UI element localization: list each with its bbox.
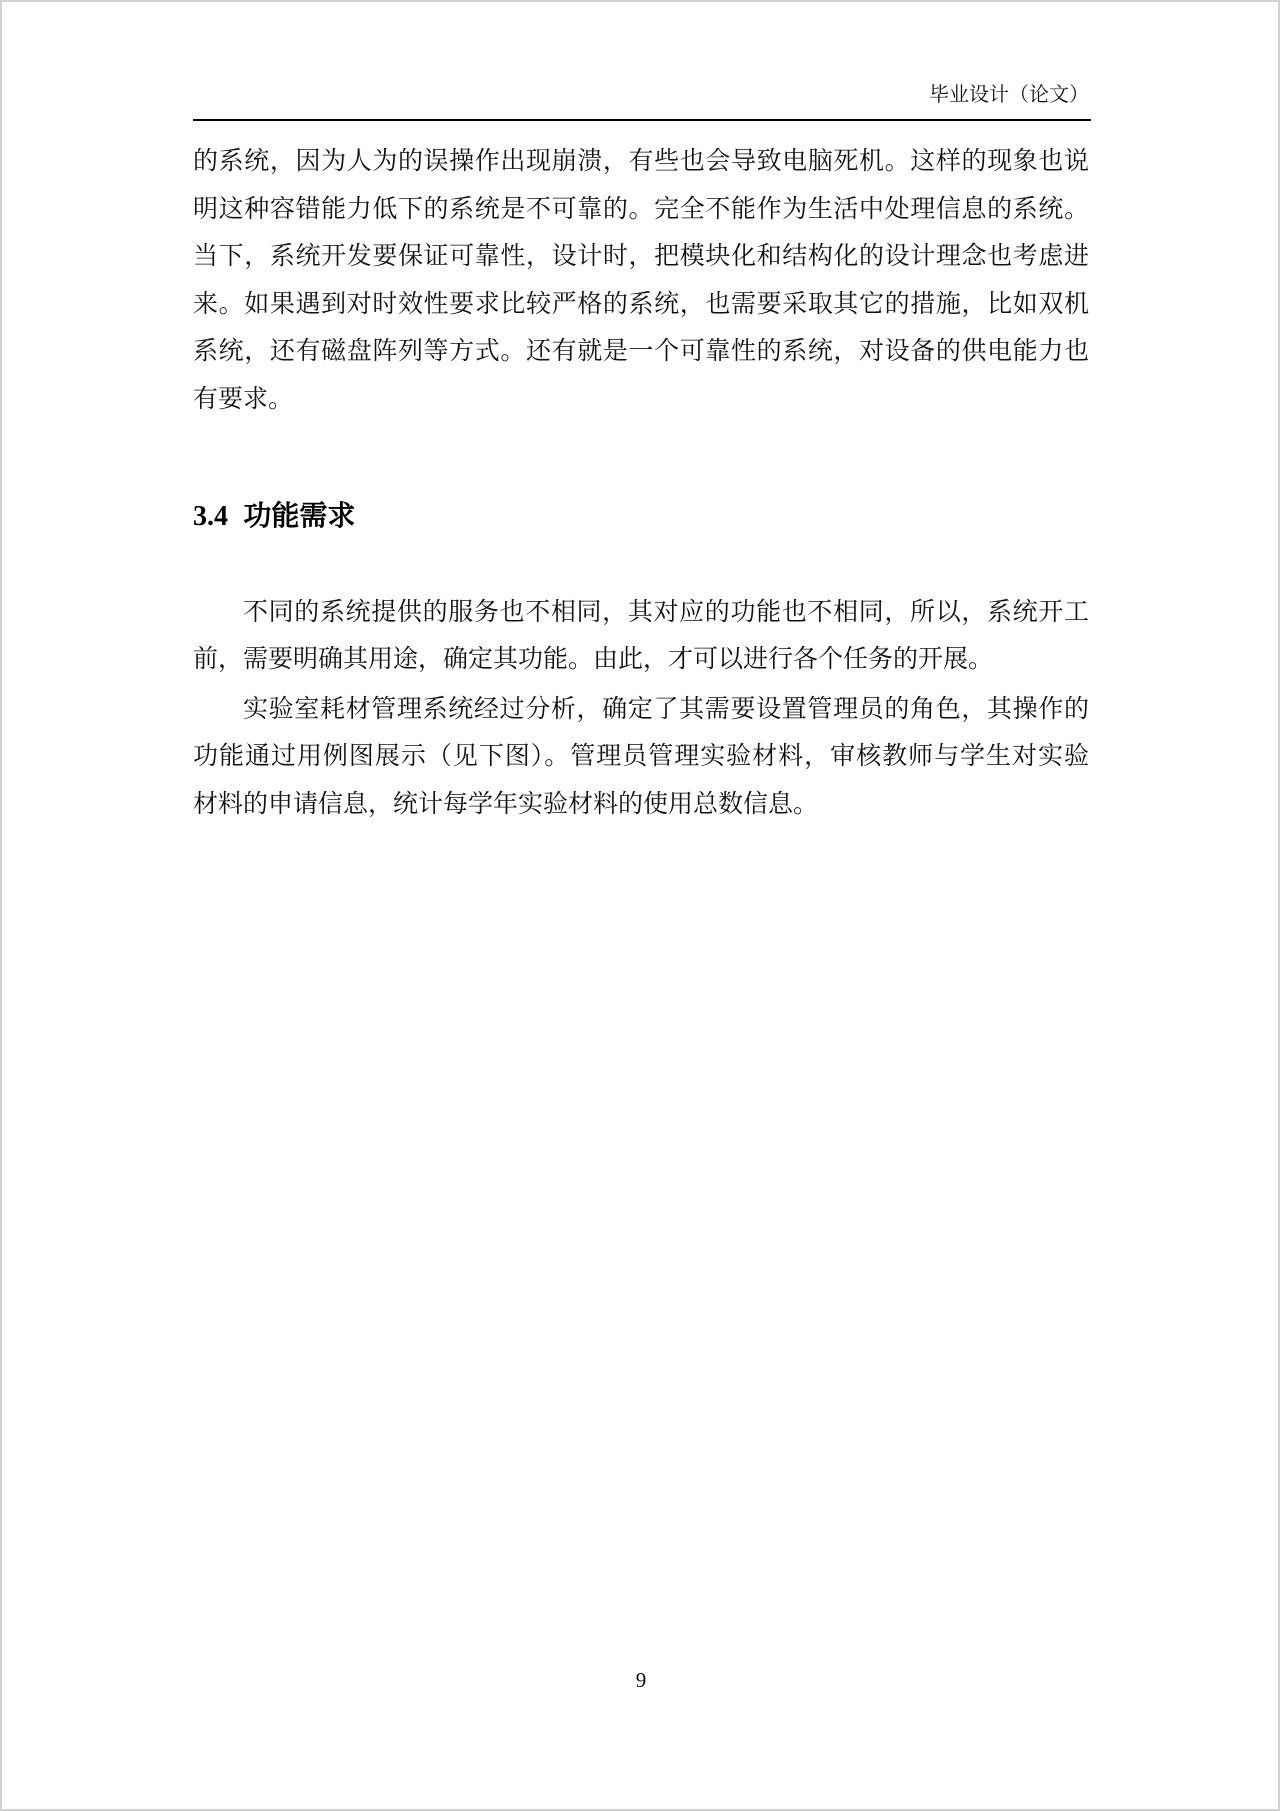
page-content: 的系统，因为人为的误操作出现崩溃，有些也会导致电脑死机。这样的现象也说明这种容错… [193,138,1089,829]
paragraph-functional-requirements-intro: 不同的系统提供的服务也不相同，其对应的功能也不相同，所以，系统开工前，需要明确其… [193,589,1089,684]
text-line: 材料的申请信息，统计每学年实验材料的使用总数信息。 [193,781,1089,829]
section-heading: 3.4功能需求 [193,497,1089,537]
text-line: 明这种容错能力低下的系统是不可靠的。完全不能作为生活中处理信息的系统。 [193,186,1089,234]
running-title: 毕业设计（论文） [929,84,1089,106]
text-line: 不同的系统提供的服务也不相同，其对应的功能也不相同，所以，系统开工 [193,589,1089,637]
text-line: 实验室耗材管理系统经过分析，确定了其需要设置管理员的角色，其操作的 [193,686,1089,734]
paragraph-continuation: 的系统，因为人为的误操作出现崩溃，有些也会导致电脑死机。这样的现象也说明这种容错… [193,138,1089,424]
text-line: 功能通过用例图展示（见下图）。管理员管理实验材料，审核教师与学生对实验 [193,733,1089,781]
page-header: 毕业设计（论文） [193,80,1089,110]
thesis-page: 毕业设计（论文） 的系统，因为人为的误操作出现崩溃，有些也会导致电脑死机。这样的… [0,0,1280,1811]
header-rule [193,119,1091,121]
text-line: 系统，还有磁盘阵列等方式。还有就是一个可靠性的系统，对设备的供电能力也 [193,328,1089,376]
section-heading-number: 3.4 [193,501,228,532]
text-line: 有要求。 [193,376,1089,424]
page-number: 9 [636,1668,647,1692]
page-footer: 9 [193,1665,1089,1695]
text-line: 前，需要明确其用途，确定其功能。由此，才可以进行各个任务的开展。 [193,636,1089,684]
text-line: 来。如果遇到对时效性要求比较严格的系统，也需要采取其它的措施，比如双机 [193,281,1089,329]
text-line: 当下，系统开发要保证可靠性，设计时，把模块化和结构化的设计理念也考虑进 [193,233,1089,281]
text-line: 的系统，因为人为的误操作出现崩溃，有些也会导致电脑死机。这样的现象也说 [193,138,1089,186]
paragraph-system-analysis: 实验室耗材管理系统经过分析，确定了其需要设置管理员的角色，其操作的功能通过用例图… [193,686,1089,829]
section-heading-title: 功能需求 [243,501,355,532]
